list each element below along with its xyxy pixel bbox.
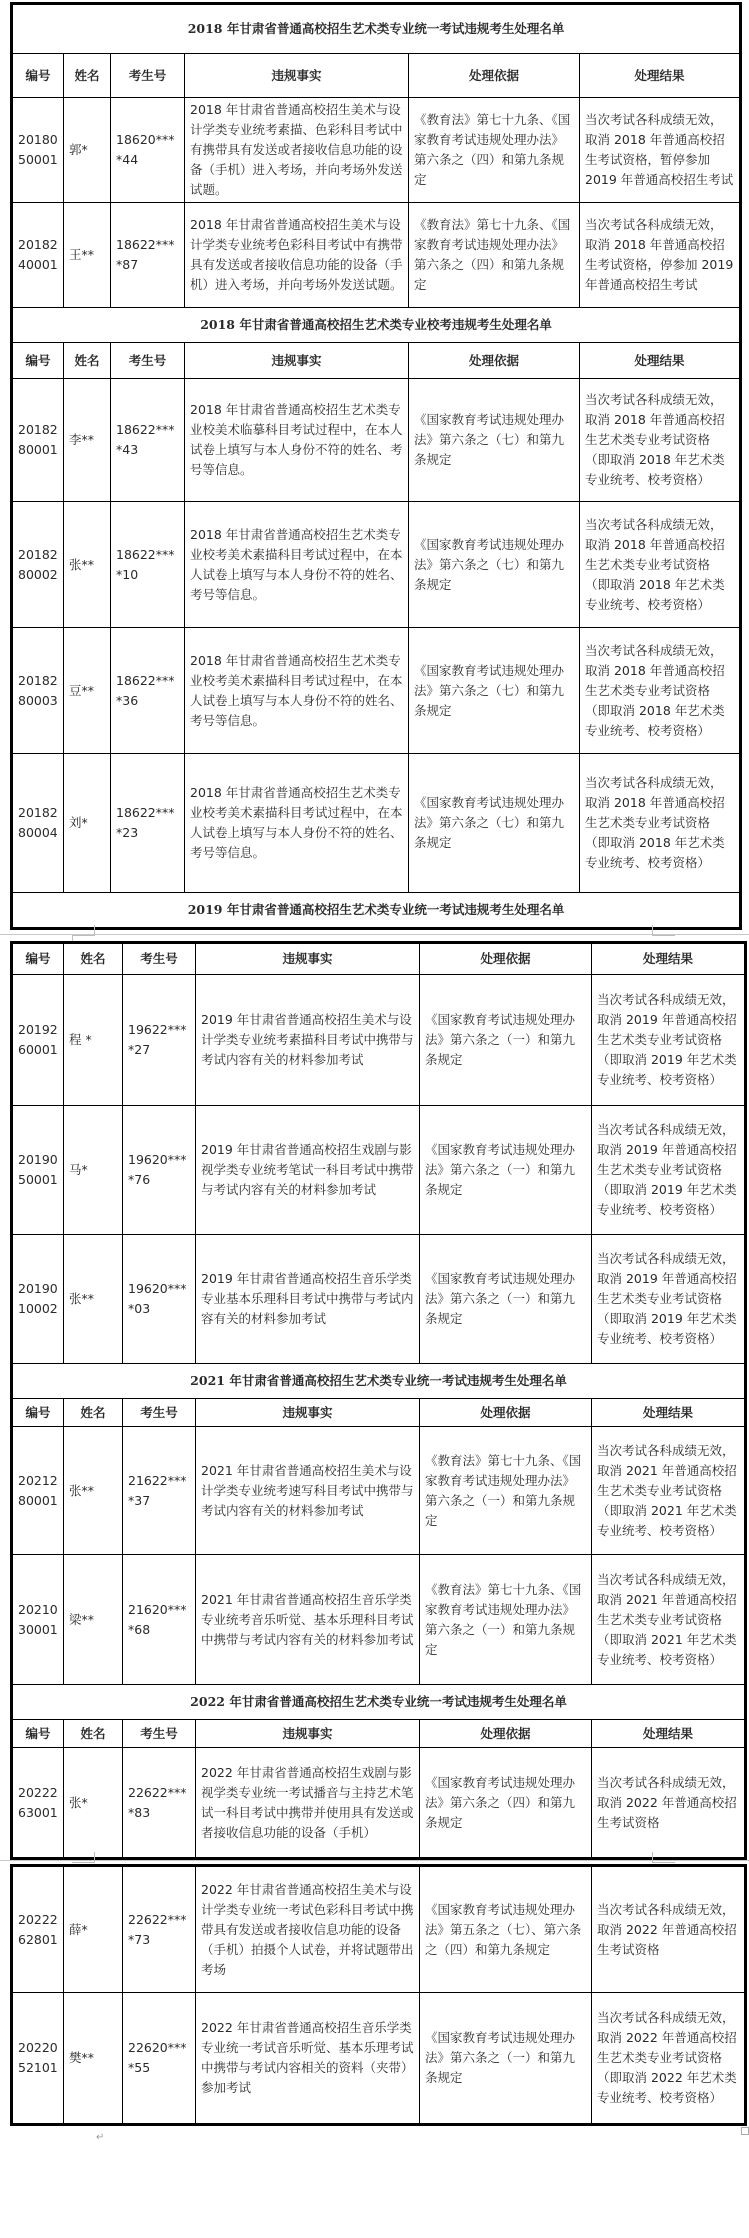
- student-name: 郭*: [64, 98, 111, 203]
- handling-result: 当次考试各科成绩无效，取消 2018 年普通高校招生艺术类专业考试资格（即取消 …: [580, 628, 741, 754]
- col-header-basis: 处理依据: [420, 943, 592, 975]
- crop-mark: [652, 1852, 675, 1863]
- exam-number: 21620*** *68: [123, 1555, 196, 1685]
- col-header-violation-fact: 违规事实: [196, 943, 420, 975]
- record-id: 20182 80001: [12, 379, 64, 502]
- record-id: 20182 80004: [12, 754, 64, 893]
- student-name: 薛*: [64, 1866, 123, 1993]
- col-header-exam-number: 考生号: [111, 54, 185, 98]
- handling-basis: 《国家教育考试违规处理办法》第六条之（一）和第九条规定: [420, 1993, 592, 2125]
- handling-result: 当次考试各科成绩无效，取消 2018 年普通高校招生考试资格，暂停参加 2019…: [580, 98, 741, 203]
- handling-basis: 《教育法》第七十九条、《国家教育考试违规处理办法》第六条之（一）和第九条规定: [420, 1427, 592, 1555]
- table-row: 20182 80001 李** 18622*** *43 2018 年甘肃省普通…: [12, 379, 741, 502]
- handling-result: 当次考试各科成绩无效，取消 2021 年普通高校招生艺术类专业考试资格（即取消 …: [592, 1427, 746, 1555]
- record-id: 20222 63001: [12, 1748, 64, 1859]
- header-row: 编号 姓名 考生号 违规事实 处理依据 处理结果: [12, 1720, 746, 1748]
- table-row: 20220 52101 樊** 22620*** *55 2022 年甘肃省普通…: [12, 1993, 746, 2125]
- student-name: 刘*: [64, 754, 111, 893]
- col-header-exam-number: 考生号: [123, 943, 196, 975]
- record-id: 20190 10002: [12, 1235, 64, 1364]
- table-row: 20182 80003 豆** 18622*** *36 2018 年甘肃省普通…: [12, 628, 741, 754]
- record-id: 20212 80001: [12, 1427, 64, 1555]
- exam-number: 21622*** *37: [123, 1427, 196, 1555]
- handling-result: 当次考试各科成绩无效，取消 2018 年普通高校招生艺术类专业考试资格（即取消 …: [580, 379, 741, 502]
- violation-table-page-2: 编号 姓名 考生号 违规事实 处理依据 处理结果 20192 60001 程 *…: [10, 941, 747, 1860]
- student-name: 樊**: [64, 1993, 123, 2125]
- table-row: 20210 30001 梁** 21620*** *68 2021 年甘肃省普通…: [12, 1555, 746, 1685]
- section-title: 2019 年甘肃省普通高校招生艺术类专业统一考试违规考生处理名单: [12, 893, 741, 929]
- exam-number: 19622*** *27: [123, 975, 196, 1106]
- record-id: 20192 60001: [12, 975, 64, 1106]
- col-header-result: 处理结果: [592, 943, 746, 975]
- handling-basis: 《教育法》第七十九条、《国家教育考试违规处理办法》第六条之（一）和第九条规定: [420, 1555, 592, 1685]
- page-break-2: [0, 1860, 749, 1861]
- table-row: 20222 63001 张* 22622*** *83 2022 年甘肃省普通高…: [12, 1748, 746, 1859]
- record-id: 20180 50001: [12, 98, 64, 203]
- handling-basis: 《国家教育考试违规处理办法》第六条之（七）和第九条规定: [409, 502, 580, 628]
- handling-result: 当次考试各科成绩无效，取消 2022 年普通高校招生艺术类专业考试资格（即取消 …: [592, 1993, 746, 2125]
- col-header-basis: 处理依据: [409, 343, 580, 379]
- record-id: 20220 52101: [12, 1993, 64, 2125]
- student-name: 张*: [64, 1748, 123, 1859]
- exam-number: 22620*** *55: [123, 1993, 196, 2125]
- exam-number: 18622*** *87: [111, 203, 185, 308]
- col-header-id: 编号: [12, 1720, 64, 1748]
- violation-fact: 2018 年甘肃省普通高校招生艺术类专业校考美术素描科目考试过程中，在本人试卷上…: [185, 502, 409, 628]
- table-row: 20192 60001 程 * 19622*** *27 2019 年甘肃省普通…: [12, 975, 746, 1106]
- col-header-result: 处理结果: [580, 343, 741, 379]
- col-header-result: 处理结果: [580, 54, 741, 98]
- student-name: 程 *: [64, 975, 123, 1106]
- handling-result: 当次考试各科成绩无效，取消 2018 年普通高校招生艺术类专业考试资格（即取消 …: [580, 754, 741, 893]
- exam-number: 18622*** *43: [111, 379, 185, 502]
- col-header-id: 编号: [12, 943, 64, 975]
- violation-table-page-3: 20222 62801 薛* 22622*** *73 2022 年甘肃省普通高…: [10, 1864, 747, 2126]
- table-row: 20182 40001 王** 18622*** *87 2018 年甘肃省普通…: [12, 203, 741, 308]
- col-header-violation-fact: 违规事实: [196, 1720, 420, 1748]
- violation-fact: 2019 年甘肃省普通高校招生美术与设计学类专业统考素描科目考试中携带与考试内容…: [196, 975, 420, 1106]
- col-header-result: 处理结果: [592, 1399, 746, 1427]
- handling-result: 当次考试各科成绩无效，取消 2018 年普通高校招生艺术类专业考试资格（即取消 …: [580, 502, 741, 628]
- table-row: 20182 80004 刘* 18622*** *23 2018 年甘肃省普通高…: [12, 754, 741, 893]
- exam-number: 18620*** *44: [111, 98, 185, 203]
- col-header-basis: 处理依据: [420, 1720, 592, 1748]
- col-header-exam-number: 考生号: [111, 343, 185, 379]
- handling-basis: 《教育法》第七十九条、《国家教育考试违规处理办法》第六条之（四）和第九条规定: [409, 98, 580, 203]
- record-id: 20182 80002: [12, 502, 64, 628]
- violation-fact: 2021 年甘肃省普通高校招生音乐学类专业统考音乐听觉、基本乐理科目考试中携带与…: [196, 1555, 420, 1685]
- record-id: 20190 50001: [12, 1106, 64, 1235]
- section-title-row: 2019 年甘肃省普通高校招生艺术类专业统一考试违规考生处理名单: [12, 893, 741, 929]
- col-header-name: 姓名: [64, 54, 111, 98]
- col-header-name: 姓名: [64, 943, 123, 975]
- section-title-row: 2021 年甘肃省普通高校招生艺术类专业统一考试违规考生处理名单: [12, 1364, 746, 1399]
- handling-result: 当次考试各科成绩无效，取消 2021 年普通高校招生艺术类专业考试资格（即取消 …: [592, 1555, 746, 1685]
- student-name: 李**: [64, 379, 111, 502]
- col-header-result: 处理结果: [592, 1720, 746, 1748]
- violation-fact: 2018 年甘肃省普通高校招生艺术类专业校考美术素描科目考试过程中，在本人试卷上…: [185, 754, 409, 893]
- table-end-marker-icon: [741, 2127, 749, 2135]
- handling-basis: 《国家教育考试违规处理办法》第六条之（四）和第九条规定: [420, 1748, 592, 1859]
- violation-fact: 2019 年甘肃省普通高校招生戏剧与影视学类专业统考笔试一科目考试中携带与考试内…: [196, 1106, 420, 1235]
- exam-number: 18622*** *36: [111, 628, 185, 754]
- handling-result: 当次考试各科成绩无效，取消 2018 年普通高校招生考试资格，停参加 2019 …: [580, 203, 741, 308]
- section-title: 2022 年甘肃省普通高校招生艺术类专业统一考试违规考生处理名单: [12, 1685, 746, 1720]
- section-title-row: 2022 年甘肃省普通高校招生艺术类专业统一考试违规考生处理名单: [12, 1685, 746, 1720]
- violation-table-page-1: 2018 年甘肃省普通高校招生艺术类专业统一考试违规考生处理名单 编号 姓名 考…: [10, 2, 742, 930]
- violation-fact: 2021 年甘肃省普通高校招生美术与设计学类专业统考速写科目考试中携带与考试内容…: [196, 1427, 420, 1555]
- header-row: 编号 姓名 考生号 违规事实 处理依据 处理结果: [12, 1399, 746, 1427]
- crop-mark: [72, 925, 95, 936]
- crop-mark: [72, 1852, 95, 1863]
- record-id: 20182 80003: [12, 628, 64, 754]
- handling-basis: 《国家教育考试违规处理办法》第六条之（一）和第九条规定: [420, 1235, 592, 1364]
- section-title: 2018 年甘肃省普通高校招生艺术类专业校考违规考生处理名单: [12, 308, 741, 343]
- student-name: 张**: [64, 502, 111, 628]
- handling-basis: 《教育法》第七十九条、《国家教育考试违规处理办法》第六条之（四）和第九条规定: [409, 203, 580, 308]
- section-title-row: 2018 年甘肃省普通高校招生艺术类专业校考违规考生处理名单: [12, 308, 741, 343]
- header-row: 编号 姓名 考生号 违规事实 处理依据 处理结果: [12, 943, 746, 975]
- handling-result: 当次考试各科成绩无效，取消 2022 年普通高校招生考试资格: [592, 1866, 746, 1993]
- violation-fact: 2019 年甘肃省普通高校招生音乐学类专业基本乐理科目考试中携带与考试内容有关的…: [196, 1235, 420, 1364]
- record-id: 20222 62801: [12, 1866, 64, 1993]
- handling-basis: 《国家教育考试违规处理办法》第五条之（七）、第六条之（四）和第九条规定: [420, 1866, 592, 1993]
- table-row: 20190 50001 马* 19620*** *76 2019 年甘肃省普通高…: [12, 1106, 746, 1235]
- student-name: 张**: [64, 1427, 123, 1555]
- col-header-violation-fact: 违规事实: [185, 343, 409, 379]
- exam-number: 19620*** *76: [123, 1106, 196, 1235]
- handling-result: 当次考试各科成绩无效，取消 2019 年普通高校招生艺术类专业考试资格（即取消 …: [592, 975, 746, 1106]
- col-header-violation-fact: 违规事实: [185, 54, 409, 98]
- student-name: 王**: [64, 203, 111, 308]
- violation-fact: 2022 年甘肃省普通高校招生美术与设计学类专业统一考试色彩科目考试中携带具有发…: [196, 1866, 420, 1993]
- handling-basis: 《国家教育考试违规处理办法》第六条之（七）和第九条规定: [409, 379, 580, 502]
- table-row: 20190 10002 张** 19620*** *03 2019 年甘肃省普通…: [12, 1235, 746, 1364]
- exam-number: 22622*** *73: [123, 1866, 196, 1993]
- col-header-id: 编号: [12, 343, 64, 379]
- handling-basis: 《国家教育考试违规处理办法》第六条之（一）和第九条规定: [420, 1106, 592, 1235]
- col-header-violation-fact: 违规事实: [196, 1399, 420, 1427]
- header-row: 编号 姓名 考生号 违规事实 处理依据 处理结果: [12, 343, 741, 379]
- violation-fact: 2018 年甘肃省普通高校招生艺术类专业校美术临摹科目考试过程中，在本人试卷上填…: [185, 379, 409, 502]
- col-header-basis: 处理依据: [420, 1399, 592, 1427]
- violation-fact: 2022 年甘肃省普通高校招生音乐学类专业统一考试音乐听觉、基本乐理考试中携带与…: [196, 1993, 420, 2125]
- section-title: 2018 年甘肃省普通高校招生艺术类专业统一考试违规考生处理名单: [12, 4, 741, 54]
- section-title-row: 2018 年甘肃省普通高校招生艺术类专业统一考试违规考生处理名单: [12, 4, 741, 54]
- student-name: 张**: [64, 1235, 123, 1364]
- col-header-basis: 处理依据: [409, 54, 580, 98]
- section-title: 2021 年甘肃省普通高校招生艺术类专业统一考试违规考生处理名单: [12, 1364, 746, 1399]
- handling-result: 当次考试各科成绩无效，取消 2019 年普通高校招生艺术类专业考试资格（即取消 …: [592, 1235, 746, 1364]
- handling-basis: 《国家教育考试违规处理办法》第六条之（七）和第九条规定: [409, 754, 580, 893]
- table-row: 20222 62801 薛* 22622*** *73 2022 年甘肃省普通高…: [12, 1866, 746, 1993]
- handling-result: 当次考试各科成绩无效，取消 2019 年普通高校招生艺术类专业考试资格（即取消 …: [592, 1106, 746, 1235]
- header-row: 编号 姓名 考生号 违规事实 处理依据 处理结果: [12, 54, 741, 98]
- exam-number: 19620*** *03: [123, 1235, 196, 1364]
- col-header-exam-number: 考生号: [123, 1720, 196, 1748]
- violation-fact: 2018 年甘肃省普通高校招生美术与设计学类专业统考色彩科目考试中有携带具有发送…: [185, 203, 409, 308]
- paragraph-mark-icon: ↵: [96, 2132, 104, 2143]
- col-header-name: 姓名: [64, 1720, 123, 1748]
- table-row: 20182 80002 张** 18622*** *10 2018 年甘肃省普通…: [12, 502, 741, 628]
- violation-fact: 2018 年甘肃省普通高校招生艺术类专业校考美术素描科目考试过程中，在本人试卷上…: [185, 628, 409, 754]
- handling-basis: 《国家教育考试违规处理办法》第六条之（七）和第九条规定: [409, 628, 580, 754]
- exam-number: 18622*** *10: [111, 502, 185, 628]
- exam-number: 22622*** *83: [123, 1748, 196, 1859]
- student-name: 豆**: [64, 628, 111, 754]
- crop-mark: [652, 925, 675, 936]
- violation-fact: 2018 年甘肃省普通高校招生美术与设计学类专业统考素描、色彩科目考试中有携带具…: [185, 98, 409, 203]
- table-row: 20180 50001 郭* 18620*** *44 2018 年甘肃省普通高…: [12, 98, 741, 203]
- student-name: 梁**: [64, 1555, 123, 1685]
- col-header-id: 编号: [12, 54, 64, 98]
- handling-result: 当次考试各科成绩无效，取消 2022 年普通高校招生考试资格: [592, 1748, 746, 1859]
- student-name: 马*: [64, 1106, 123, 1235]
- exam-number: 18622*** *23: [111, 754, 185, 893]
- col-header-id: 编号: [12, 1399, 64, 1427]
- col-header-exam-number: 考生号: [123, 1399, 196, 1427]
- record-id: 20182 40001: [12, 203, 64, 308]
- violation-fact: 2022 年甘肃省普通高校招生戏剧与影视学类专业统一考试播音与主持艺术笔试一科目…: [196, 1748, 420, 1859]
- page-break-1: [0, 934, 749, 935]
- table-row: 20212 80001 张** 21622*** *37 2021 年甘肃省普通…: [12, 1427, 746, 1555]
- col-header-name: 姓名: [64, 1399, 123, 1427]
- col-header-name: 姓名: [64, 343, 111, 379]
- record-id: 20210 30001: [12, 1555, 64, 1685]
- handling-basis: 《国家教育考试违规处理办法》第六条之（一）和第九条规定: [420, 975, 592, 1106]
